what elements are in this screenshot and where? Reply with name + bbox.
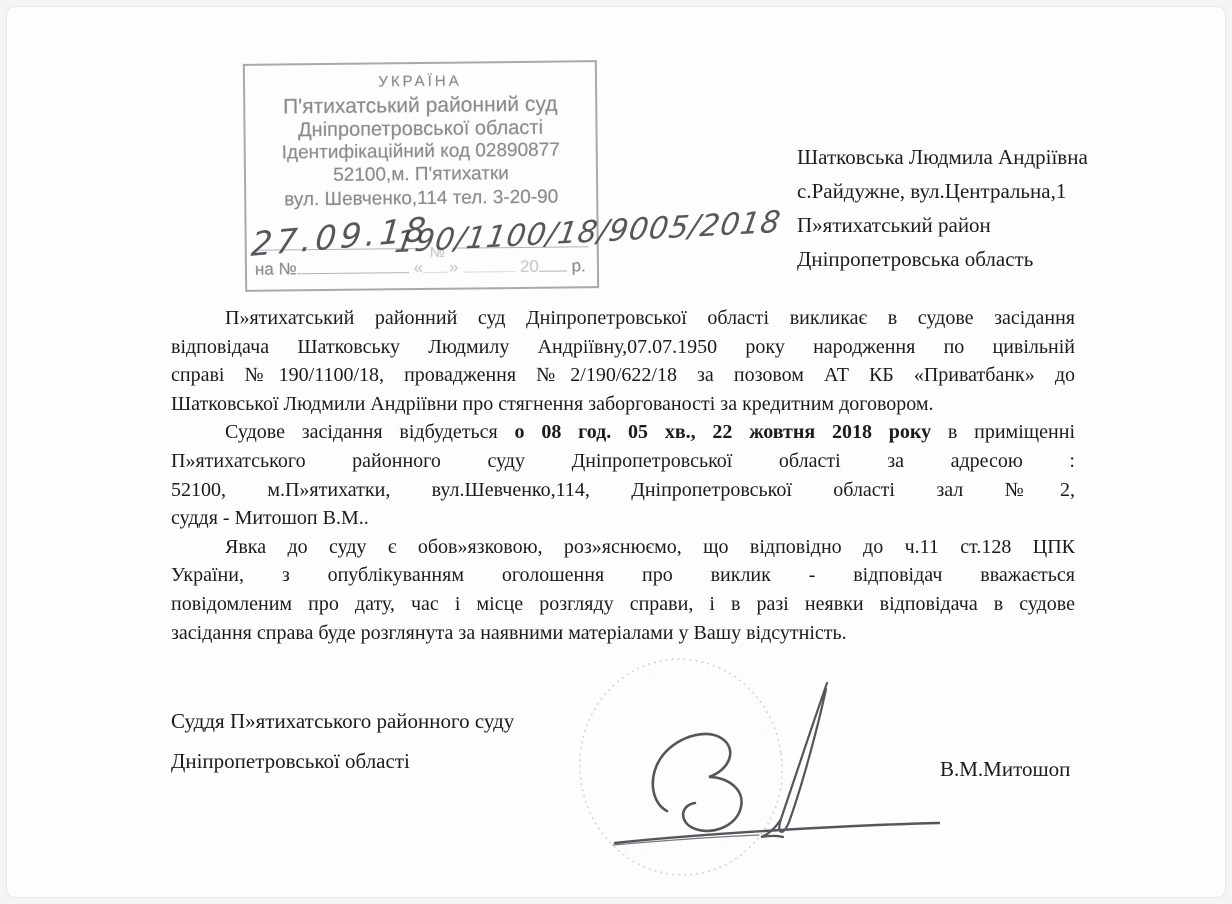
recipient-name: Шатковська Людмила Андріївна [797,140,1217,174]
judge-title-line2: Дніпропетровської області [171,749,410,774]
stamp-footer-close-quote: » [449,258,459,278]
stamp-id-code: Ідентифікаційний код 02890877 [246,139,596,165]
hearing-text-after: в приміщенні [931,421,1075,443]
stamp-footer-blank-2 [423,272,449,273]
recipient-address-block: Шатковська Людмила Андріївна с.Райдужне,… [797,140,1217,276]
recipient-district: П»ятихатський район [797,208,1217,242]
signature-letter-B [653,734,742,831]
stamp-country: УКРАЇНА [245,71,595,92]
stamp-street-phone: вул. Шевченко,114 тел. 3-20-90 [246,186,596,212]
stamp-footer-year: 20 [520,257,539,277]
signature-tall-stroke [761,683,827,837]
recipient-region: Дніпропетровська область [797,242,1217,276]
stamp-footer-blank-3 [463,271,515,273]
summons-body-text: П»ятихатський районний суд Дніпропетровс… [171,304,1075,647]
stamp-court-name: П'ятихатський районний суд [245,92,595,120]
scanned-court-summons: { "stamp": { "line1": "УКРАЇНА", "line2"… [0,0,1232,904]
body-line: повідомленим про дату, час і місце розгл… [171,590,1075,619]
round-stamp-outline-icon [566,646,796,888]
stamp-footer-blank-4 [539,270,567,271]
body-line: справі №190/1100/18, провадження №2/190/… [171,361,1075,390]
stamp-footer-year-suffix: р. [571,256,585,276]
body-line: П»ятихатський районний суд Дніпропетровс… [171,304,1075,333]
hearing-datetime-bold: о 08 год. 05 хв., 22 жовтня 2018 року [515,421,932,443]
stamp-footer-row: на № «» 20 р. [255,256,589,279]
body-line-hearing-date: Судове засідання відбудеться о 08 год. 0… [171,418,1075,447]
body-line-judge: суддя - Митошоп В.М.. [171,504,1075,533]
body-line: України, з опублікуванням оголошення про… [171,561,1075,590]
recipient-street: с.Райдужне, вул.Центральна,1 [797,174,1217,208]
hearing-text-before: Судове засідання відбудеться [225,421,515,443]
judge-signature-and-round-stamp [559,643,989,904]
body-line: Явка до суду є обов»язковою, роз»яснюємо… [171,533,1075,562]
body-line: відповідача Шатковську Людмилу Андріївну… [171,333,1075,362]
stamp-footer-blank-1 [297,272,409,274]
stamp-footer-open-quote: « [413,258,423,278]
judge-title-line1: Суддя П»ятихатського районного суду [171,709,514,734]
body-line: 52100, м.П»ятихатки, вул.Шевченко,114, Д… [171,476,1075,505]
document-page: УКРАЇНА П'ятихатський районний суд Дніпр… [6,6,1226,898]
stamp-postal-city: 52100,м. П'ятихатки [246,162,596,188]
body-line: Шатковської Людмили Андріївни про стягне… [171,390,1075,419]
body-line: П»ятихатського районного суду Дніпропетр… [171,447,1075,476]
